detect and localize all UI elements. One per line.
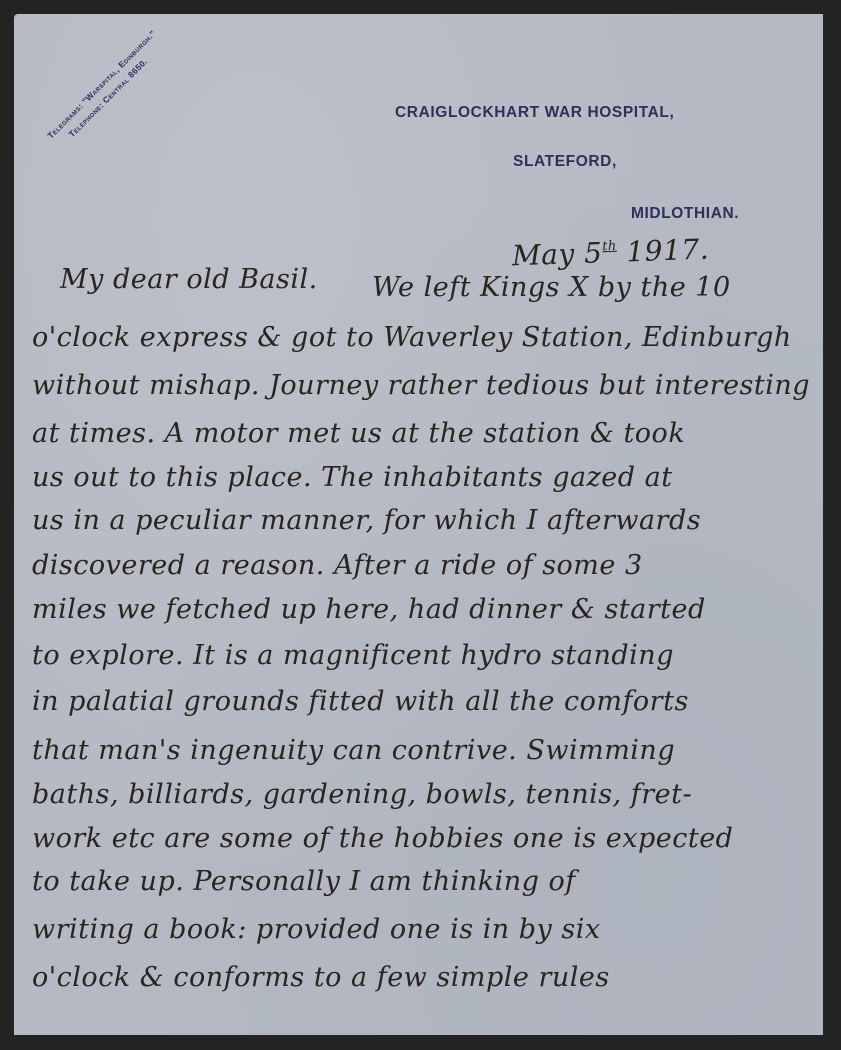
body-line: miles we fetched up here, had dinner & s… [32,594,706,625]
letter-sheet: Telegrams: "Warspital, Edinburgh." Telep… [14,14,823,1035]
letterhead-county: MIDLOTHIAN. [631,205,739,223]
body-line: without mishap. Journey rather tedious b… [32,370,810,401]
body-line: work etc are some of the hobbies one is … [32,823,733,854]
date-suffix: th [602,239,617,255]
letterhead-town: SLATEFORD, [513,153,617,171]
telegrams-address: Telegrams: "Warspital, Edinburgh." [44,27,159,142]
body-line: We left Kings X by the 10 [372,272,731,303]
body-line: at times. A motor met us at the station … [32,418,685,449]
body-line: in palatial grounds fitted with all the … [32,686,689,717]
date-month-day: May 5 [511,236,603,272]
body-line: o'clock & conforms to a few simple rules [32,962,610,993]
body-line: us in a peculiar manner, for which I aft… [32,505,701,536]
letter-date: May 5th 1917. [511,233,709,273]
body-line: writing a book: provided one is in by si… [32,914,601,945]
body-line: discovered a reason. After a ride of som… [32,550,643,581]
body-line: that man's ingenuity can contrive. Swimm… [32,735,675,766]
scan-frame: Telegrams: "Warspital, Edinburgh." Telep… [0,0,841,1050]
letterhead-contact-block: Telegrams: "Warspital, Edinburgh." Telep… [44,27,169,152]
body-line: to take up. Personally I am thinking of [32,866,576,897]
body-line: us out to this place. The inhabitants ga… [32,462,673,493]
letterhead-institution: CRAIGLOCKHART WAR HOSPITAL, [395,104,674,122]
body-line: to explore. It is a magnificent hydro st… [32,640,674,671]
telephone-number: Telephone: Central 8650. [54,37,169,152]
body-line: baths, billiards, gardening, bowls, tenn… [32,779,692,810]
date-year: 1917. [626,233,710,269]
body-line: o'clock express & got to Waverley Statio… [32,322,792,353]
salutation: My dear old Basil. [60,264,318,295]
